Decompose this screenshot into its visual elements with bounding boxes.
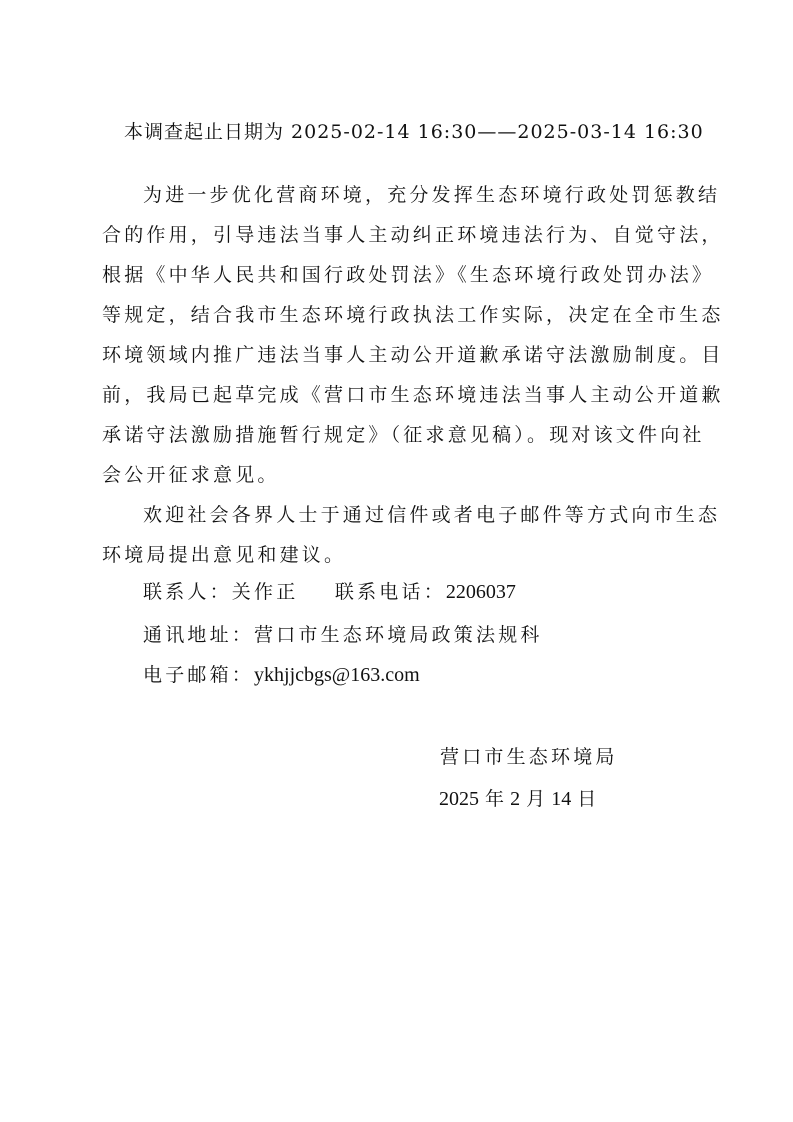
date-day: 14 [551,788,571,810]
paragraph-line: 环境领域内推广违法当事人主动公开道歉承诺守法激励制度。目 [102,343,724,367]
paragraph-line: 为进一步优化营商环境，充分发挥生态环境行政处罚惩教结 [143,183,720,207]
email-label: 电子邮箱： [143,664,254,686]
date-year: 2025 [439,788,479,810]
email-line: 电子邮箱：ykhjjcbgs@163.com [143,663,420,687]
phone-number: 2206037 [446,581,516,603]
date-day-unit: 日 [577,788,596,810]
phone-label: 联系电话： [335,581,446,603]
signature-org: 营口市生态环境局 [440,745,618,769]
address-line: 通讯地址：营口市生态环境局政策法规科 [143,623,543,647]
contact-line: 联系人：关作正 联系电话：2206037 [143,580,516,604]
paragraph-line: 承诺守法激励措施暂行规定》（征求意见稿）。现对该文件向社 [102,423,705,447]
signature-date: 2025 年 2 月 14 日 [439,787,596,811]
paragraph-line: 根据《中华人民共和国行政处罚法》《生态环境行政处罚办法》 [102,263,714,287]
date-month-unit: 月 [526,788,545,810]
email-address[interactable]: ykhjjcbgs@163.com [254,664,420,686]
paragraph-line: 环境局提出意见和建议。 [102,543,346,567]
paragraph-line: 等规定，结合我市生态环境行政执法工作实际，决定在全市生态 [102,303,724,327]
paragraph-line: 欢迎社会各界人士于通过信件或者电子邮件等方式向市生态 [143,503,720,527]
period-line: 本调查起止日期为 2025-02-14 16:30——2025-03-14 16… [124,120,704,144]
paragraph-line: 前，我局已起草完成《营口市生态环境违法当事人主动公开道歉 [102,383,724,407]
paragraph-line: 合的作用，引导违法当事人主动纠正环境违法行为、自觉守法， [102,223,724,247]
paragraph-line: 会公开征求意见。 [102,463,280,487]
date-year-unit: 年 [485,788,504,810]
contact-person: 联系人：关作正 [143,581,298,603]
date-month: 2 [510,788,520,810]
